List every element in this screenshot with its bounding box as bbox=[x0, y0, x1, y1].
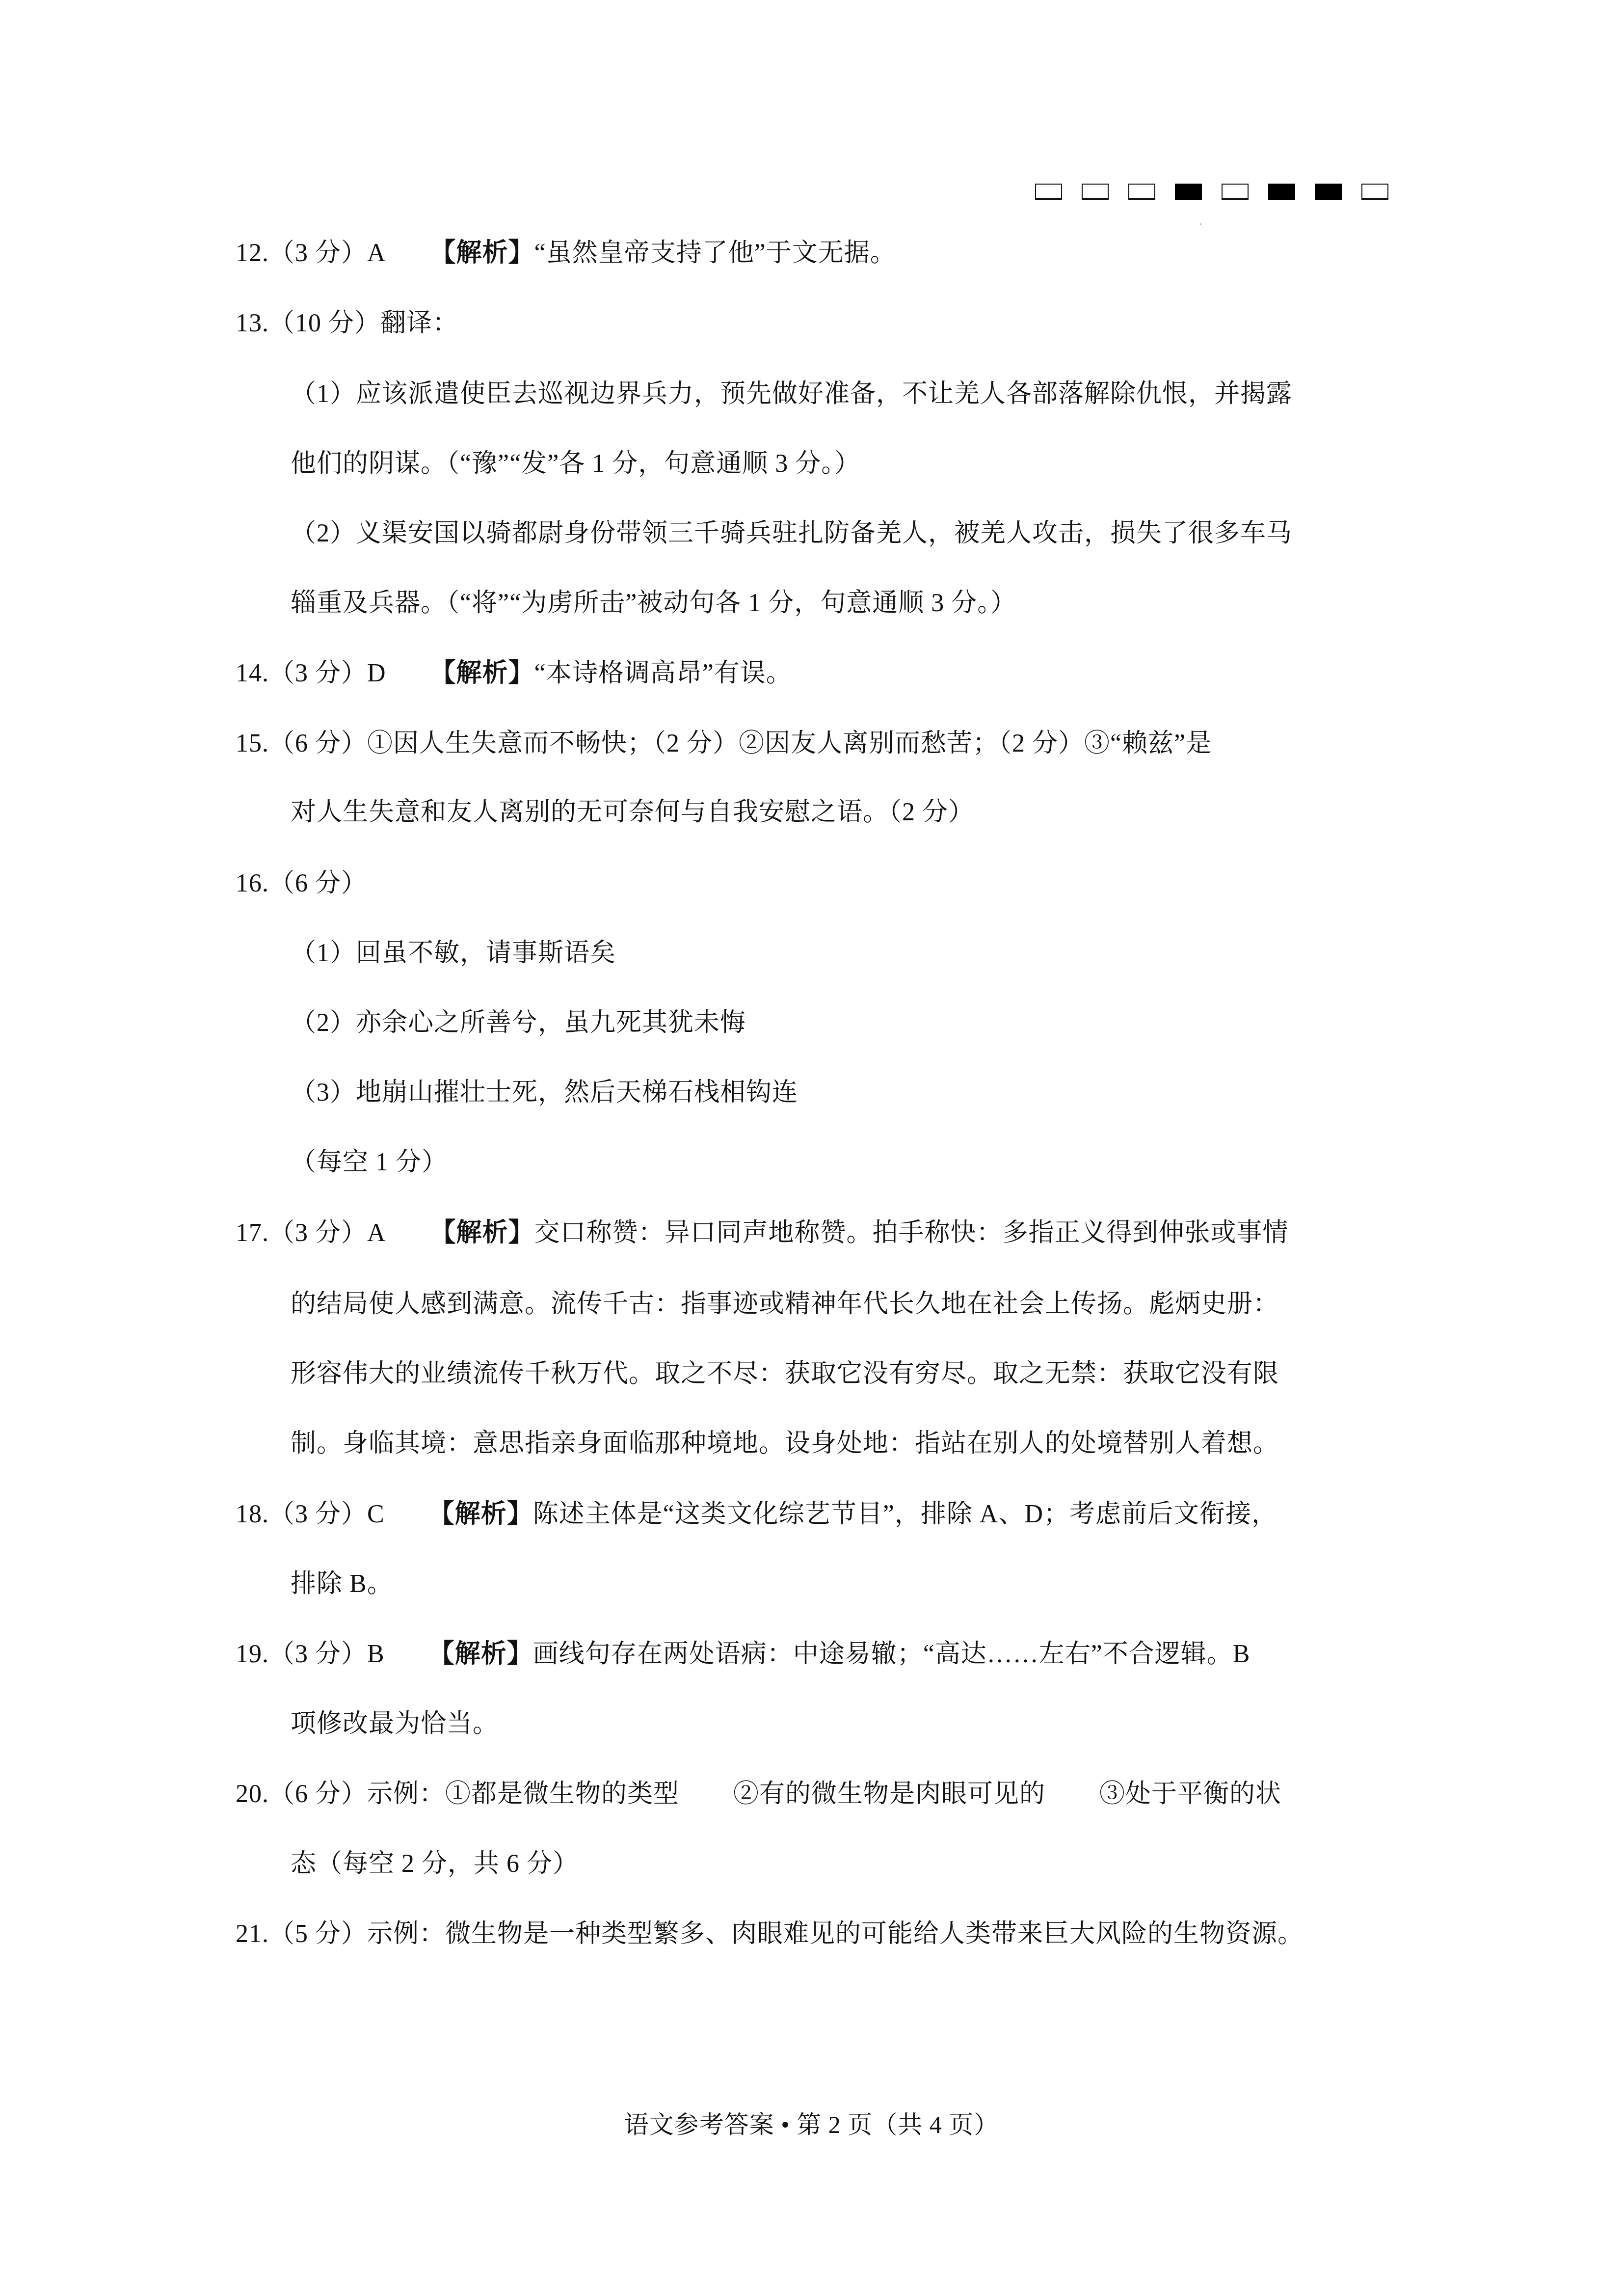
scan-dot bbox=[1200, 223, 1201, 225]
answer-20-line1: 20.（6 分）示例：①都是微生物的类型②有的微生物是肉眼可见的③处于平衡的状 bbox=[236, 1779, 1281, 1810]
mark-box-4-filled bbox=[1175, 184, 1202, 200]
answer-17-line3: 形容伟大的业绩流传千秋万代。取之不尽：获取它没有穷尽。取之无禁：获取它没有限 bbox=[291, 1358, 1279, 1390]
answer-16-item2: （2）亦余心之所善兮，虽九死其犹未悔 bbox=[291, 1007, 746, 1039]
answer-16-item3: （3）地崩山摧壮士死，然后天梯石栈相钩连 bbox=[291, 1077, 798, 1108]
mark-box-6-filled bbox=[1268, 184, 1295, 200]
mark-box-3 bbox=[1128, 184, 1155, 200]
answer-12-label: 12.（3 分）A bbox=[236, 239, 386, 267]
answer-17-label: 17.（3 分）A bbox=[236, 1219, 386, 1247]
mark-box-1 bbox=[1035, 184, 1062, 200]
answer-14-analysis: “本诗格调高昂”有误。 bbox=[534, 659, 792, 687]
answer-20-line2: 态（每空 2 分，共 6 分） bbox=[291, 1848, 579, 1880]
answer-12-analysis: “虽然皇帝支持了他”于文无据。 bbox=[534, 239, 896, 267]
answer-17-line1: 17.（3 分）A【解析】交口称赞：异口同声地称赞。拍手称快：多指正义得到伸张或… bbox=[236, 1217, 1289, 1249]
answer-13-item1-line1: （1）应该派遣使臣去巡视边界兵力，预先做好准备，不让羌人各部落解除仇恨，并揭露 bbox=[291, 378, 1292, 410]
mark-box-5 bbox=[1222, 184, 1249, 200]
answer-20-part1: ①都是微生物的类型 bbox=[445, 1780, 679, 1808]
answer-17-analysis-line1: 交口称赞：异口同声地称赞。拍手称快：多指正义得到伸张或事情 bbox=[534, 1219, 1289, 1247]
answer-key-page: 12.（3 分）A【解析】“虽然皇帝支持了他”于文无据。 13.（10 分）翻译… bbox=[0, 0, 1623, 2296]
analysis-tag: 【解析】 bbox=[430, 239, 534, 267]
answer-19-label: 19.（3 分）B bbox=[236, 1640, 385, 1668]
answer-17-line2: 的结局使人感到满意。流传千古：指事迹或精神年代长久地在社会上传扬。彪炳史册： bbox=[291, 1289, 1279, 1320]
answer-13-item2-line1: （2）义渠安国以骑都尉身份带领三千骑兵驻扎防备羌人，被羌人攻击，损失了很多车马 bbox=[291, 518, 1292, 549]
answer-18-analysis-line1: 陈述主体是“这类文化综艺节目”，排除 A、D；考虑前后文衔接， bbox=[533, 1500, 1277, 1528]
mark-box-8 bbox=[1361, 184, 1388, 200]
analysis-tag: 【解析】 bbox=[430, 659, 534, 687]
mark-box-7-filled bbox=[1315, 184, 1342, 200]
analysis-tag: 【解析】 bbox=[429, 1640, 533, 1668]
answer-16-note: （每空 1 分） bbox=[291, 1147, 448, 1178]
answer-20-part3: ③处于平衡的状 bbox=[1099, 1780, 1281, 1808]
answer-16-item1: （1）回虽不敏，请事斯语矣 bbox=[291, 938, 616, 969]
answer-19-line2: 项修改最为恰当。 bbox=[291, 1708, 499, 1740]
answer-18-label: 18.（3 分）C bbox=[236, 1500, 385, 1528]
analysis-tag: 【解析】 bbox=[429, 1500, 533, 1528]
page-footer: 语文参考答案 • 第 2 页（共 4 页） bbox=[0, 2109, 1623, 2140]
answer-19-analysis-line1: 画线句存在两处语病：中途易辙；“高达……左右”不合逻辑。B bbox=[533, 1640, 1251, 1668]
answer-13-item2-line2: 辎重及兵器。（“将”“为虏所击”被动句各 1 分，句意通顺 3 分。） bbox=[291, 588, 1016, 619]
answer-15-line1: 15.（6 分）①因人生失意而不畅快；（2 分）②因友人离别而愁苦；（2 分）③… bbox=[236, 728, 1212, 759]
answer-14: 14.（3 分）D【解析】“本诗格调高昂”有误。 bbox=[236, 658, 792, 689]
answer-17-line4: 制。身临其境：意思指亲身面临那种境地。设身处地：指站在别人的处境替别人着想。 bbox=[291, 1428, 1279, 1459]
answer-12: 12.（3 分）A【解析】“虽然皇帝支持了他”于文无据。 bbox=[236, 238, 896, 269]
answer-14-label: 14.（3 分）D bbox=[236, 659, 386, 687]
answer-13-label: 13.（10 分）翻译： bbox=[236, 308, 458, 339]
answer-18-line2: 排除 B。 bbox=[291, 1568, 393, 1600]
answer-15-line2: 对人生失意和友人离别的无可奈何与自我安慰之语。（2 分） bbox=[291, 797, 974, 828]
answer-13-item1-line2: 他们的阴谋。（“豫”“发”各 1 分，句意通顺 3 分。） bbox=[291, 448, 860, 480]
answer-18-line1: 18.（3 分）C【解析】陈述主体是“这类文化综艺节目”，排除 A、D；考虑前后… bbox=[236, 1499, 1277, 1530]
answer-16-label: 16.（6 分） bbox=[236, 868, 367, 899]
answer-21-line1: 21.（5 分）示例：微生物是一种类型繁多、肉眼难见的可能给人类带来巨大风险的生… bbox=[236, 1918, 1304, 1950]
analysis-tag: 【解析】 bbox=[430, 1219, 534, 1247]
mark-box-2 bbox=[1082, 184, 1109, 200]
answer-20-label: 20.（6 分）示例： bbox=[236, 1780, 445, 1808]
answer-19-line1: 19.（3 分）B【解析】画线句存在两处语病：中途易辙；“高达……左右”不合逻辑… bbox=[236, 1639, 1251, 1670]
answer-20-part2: ②有的微生物是肉眼可见的 bbox=[733, 1780, 1045, 1808]
